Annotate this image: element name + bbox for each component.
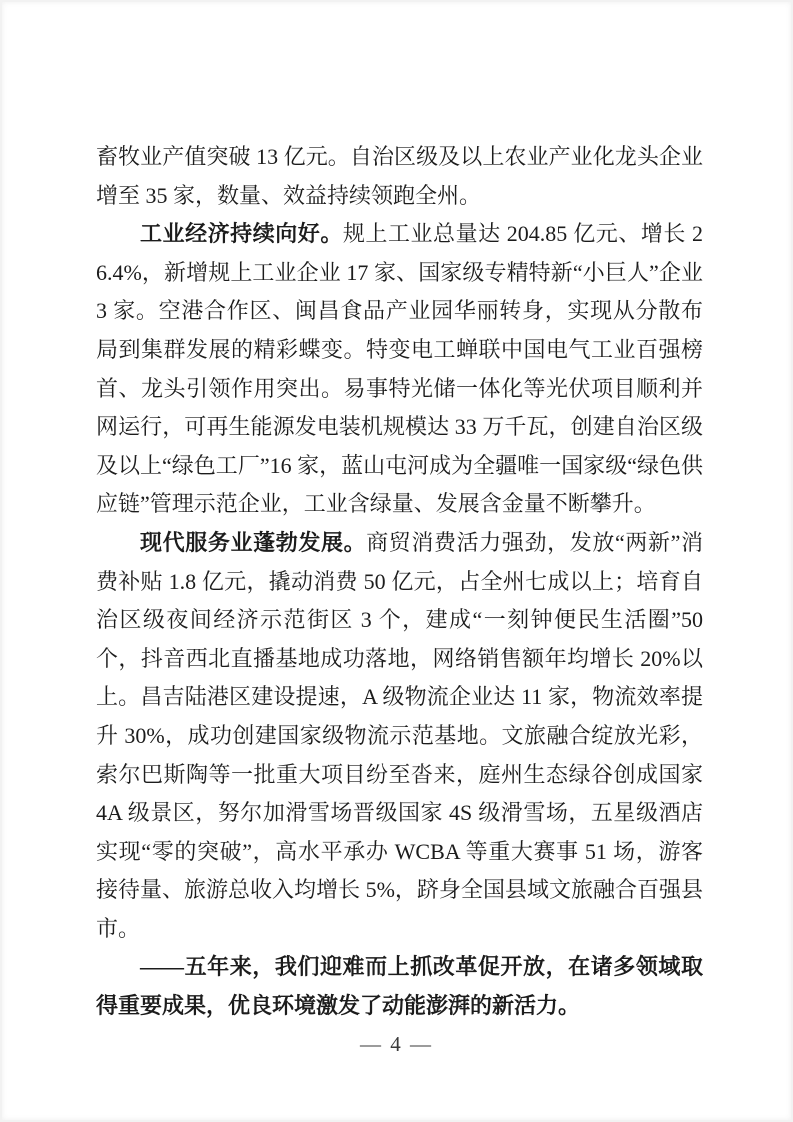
paragraph-text: 畜牧业产值突破 13 亿元。自治区级及以上农业产业化龙头企业增至 35 家，数量… xyxy=(96,144,703,208)
paragraph-livestock-continuation: 畜牧业产值突破 13 亿元。自治区级及以上农业产业化龙头企业增至 35 家，数量… xyxy=(96,138,703,215)
document-page: 畜牧业产值突破 13 亿元。自治区级及以上农业产业化龙头企业增至 35 家，数量… xyxy=(0,0,793,1122)
paragraph-modern-services: 现代服务业蓬勃发展。商贸消费活力强劲，发放“两新”消费补贴 1.8 亿元，撬动消… xyxy=(96,524,703,949)
paragraph-text: ——五年来，我们迎难而上抓改革促开放，在诸多领域取得重要成果，优良环境激发了动能… xyxy=(96,954,703,1018)
paragraph-industrial-economy: 工业经济持续向好。规上工业总量达 204.85 亿元、增长 26.4%，新增规上… xyxy=(96,215,703,524)
paragraph-lead: 工业经济持续向好。 xyxy=(140,221,343,246)
paragraph-five-years-reform: ——五年来，我们迎难而上抓改革促开放，在诸多领域取得重要成果，优良环境激发了动能… xyxy=(96,948,703,1025)
paragraph-text: 规上工业总量达 204.85 亿元、增长 26.4%，新增规上工业企业 17 家… xyxy=(96,221,703,516)
paragraph-lead: 现代服务业蓬勃发展。 xyxy=(140,530,366,555)
paragraph-text: 商贸消费活力强劲，发放“两新”消费补贴 1.8 亿元，撬动消费 50 亿元，占全… xyxy=(96,530,703,941)
page-number: — 4 — xyxy=(0,1032,793,1057)
document-body: 畜牧业产值突破 13 亿元。自治区级及以上农业产业化龙头企业增至 35 家，数量… xyxy=(96,138,703,1026)
